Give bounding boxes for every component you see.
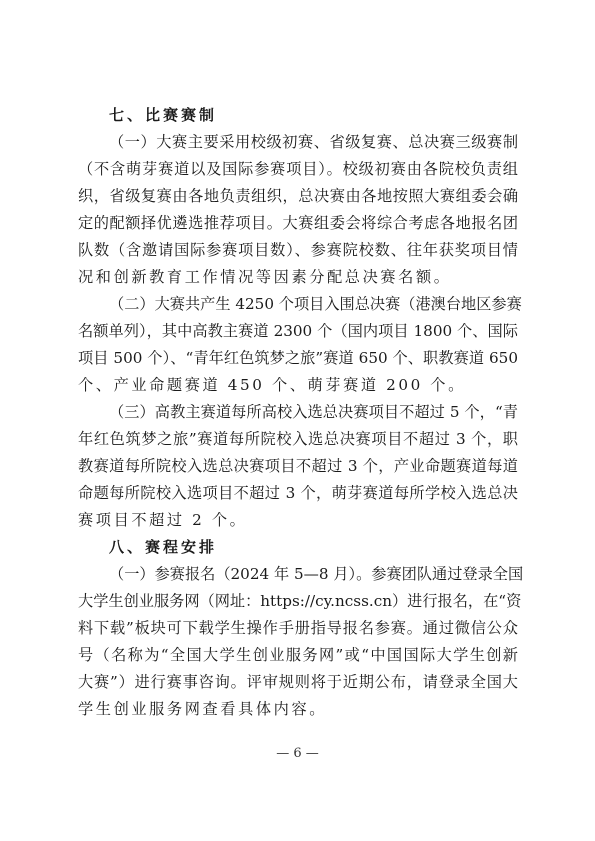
- paragraph-line: 教赛道每所院校入选总决赛项目不超过 3 个，产业命题赛道每道: [78, 453, 518, 480]
- section-heading-schedule: 八、赛程安排: [109, 534, 549, 561]
- paragraph-line: 赛项目不超过 2 个。: [78, 507, 518, 534]
- paragraph-line: 大赛”）进行赛事咨询。评审规则将于近期公布，请登录全国大: [78, 669, 518, 696]
- paragraph-line: 织，省级复赛由各地负责组织，总决赛由各地按照大赛组委会确: [78, 183, 518, 210]
- section-heading-competition-format: 七、比赛赛制: [109, 102, 549, 129]
- paragraph-line: （三）高教主赛道每所高校入选总决赛项目不超过 5 个，“青: [109, 399, 518, 426]
- paragraph-line: 号（名称为“全国大学生创业服务网”或“中国国际大学生创新: [78, 642, 518, 669]
- paragraph-line: （一）参赛报名（2024 年 5—8 月）。参赛团队通过登录全国: [109, 561, 518, 588]
- paragraph-line: 况和创新教育工作情况等因素分配总决赛名额。: [78, 264, 518, 291]
- paragraph-line: 大学生创业服务网（网址：https://cy.ncss.cn）进行报名，在“资: [78, 588, 518, 615]
- paragraph-line: 命题每所院校入选项目不超过 3 个，萌芽赛道每所学校入选总决: [78, 480, 518, 507]
- paragraph-line: （二）大赛共产生 4250 个项目入围总决赛（港澳台地区参赛: [109, 291, 518, 318]
- paragraph-line: 定的配额择优遴选推荐项目。大赛组委会将综合考虑各地报名团: [78, 210, 518, 237]
- paragraph-line: 学生创业服务网查看具体内容。: [78, 696, 518, 723]
- document-page: 七、比赛赛制 （一）大赛主要采用校级初赛、省级复赛、总决赛三级赛制 （不含萌芽赛…: [0, 0, 595, 841]
- paragraph-line: 名额单列），其中高教主赛道 2300 个（国内项目 1800 个、国际: [78, 318, 518, 345]
- paragraph-line: （一）大赛主要采用校级初赛、省级复赛、总决赛三级赛制: [109, 129, 518, 156]
- paragraph-line: 队数（含邀请国际参赛项目数）、参赛院校数、往年获奖项目情: [78, 237, 518, 264]
- page-number: — 6 —: [0, 746, 595, 761]
- paragraph-line: 料下载”板块可下载学生操作手册指导报名参赛。通过微信公众: [78, 615, 518, 642]
- paragraph-line: 项目 500 个）、“青年红色筑梦之旅”赛道 650 个、职教赛道 650: [78, 345, 518, 372]
- paragraph-line: （不含萌芽赛道以及国际参赛项目）。校级初赛由各院校负责组: [78, 156, 518, 183]
- paragraph-line: 个、产业命题赛道 450 个、萌芽赛道 200 个。: [78, 372, 518, 399]
- paragraph-line: 年红色筑梦之旅”赛道每所院校入选总决赛项目不超过 3 个，职: [78, 426, 518, 453]
